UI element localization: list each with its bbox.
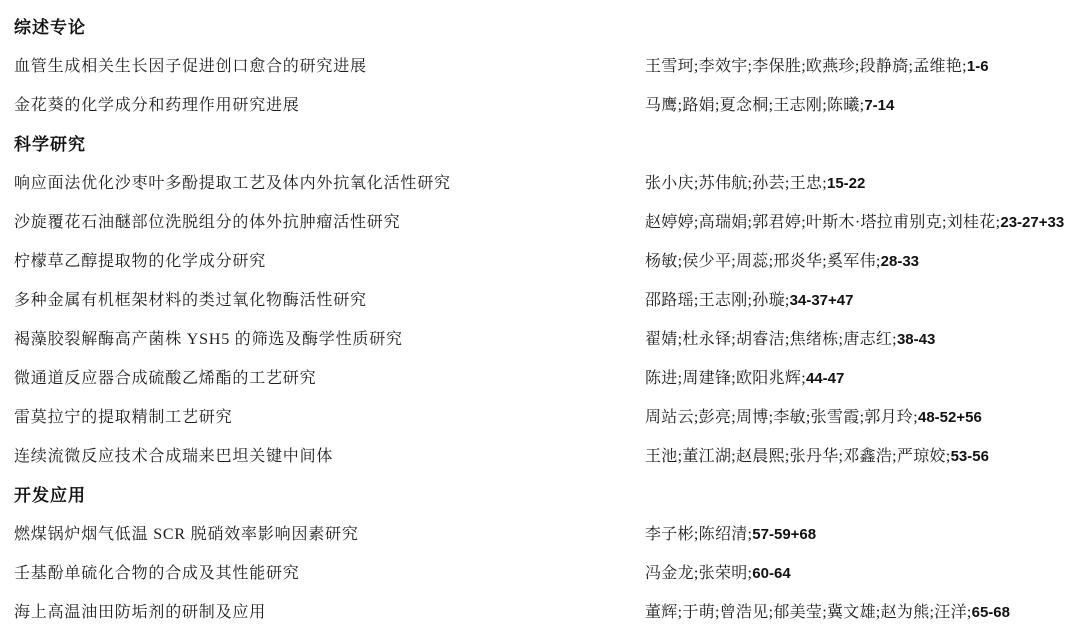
article-meta: 马鹰;路娟;夏念桐;王志刚;陈曦;7-14 xyxy=(645,92,1080,115)
article-authors: 王池;董江湖;赵晨熙;张丹华;邓鑫浩;严琼姣; xyxy=(645,448,951,465)
article-authors: 王雪珂;李效宇;李保胜;欧燕珍;段静旖;孟维艳; xyxy=(645,58,967,75)
toc-row: 壬基酚单硫化合物的合成及其性能研究 冯金龙;张荣明;60-64 xyxy=(0,552,1080,591)
article-authors: 杨敏;侯少平;周蕊;邢炎华;奚军伟; xyxy=(645,253,881,270)
article-title: 连续流微反应技术合成瑞来巴坦关键中间体 xyxy=(14,443,645,466)
toc-row: 微通道反应器合成硫酸乙烯酯的工艺研究 陈进;周建锋;欧阳兆辉;44-47 xyxy=(0,357,1080,396)
article-pages: 23-27+33 xyxy=(1000,214,1064,231)
article-pages: 44-47 xyxy=(806,370,844,387)
article-pages: 65-68 xyxy=(972,604,1010,621)
article-title: 血管生成相关生长因子促进创口愈合的研究进展 xyxy=(14,53,645,76)
article-meta: 董辉;于萌;曾浩见;郁美莹;冀文雄;赵为熊;汪洋;65-68 xyxy=(645,599,1080,622)
article-title: 壬基酚单硫化合物的合成及其性能研究 xyxy=(14,560,645,583)
journal-toc-page: 综述专论 血管生成相关生长因子促进创口愈合的研究进展 王雪珂;李效宇;李保胜;欧… xyxy=(0,0,1080,635)
article-title: 响应面法优化沙枣叶多酚提取工艺及体内外抗氧化活性研究 xyxy=(14,170,645,193)
toc-row: 金花葵的化学成分和药理作用研究进展 马鹰;路娟;夏念桐;王志刚;陈曦;7-14 xyxy=(0,84,1080,123)
article-title: 微通道反应器合成硫酸乙烯酯的工艺研究 xyxy=(14,365,645,388)
toc-row: 柠檬草乙醇提取物的化学成分研究 杨敏;侯少平;周蕊;邢炎华;奚军伟;28-33 xyxy=(0,240,1080,279)
toc-row: 燃煤锅炉烟气低温 SCR 脱硝效率影响因素研究 李子彬;陈绍清;57-59+68 xyxy=(0,513,1080,552)
article-meta: 冯金龙;张荣明;60-64 xyxy=(645,560,1080,583)
article-authors: 董辉;于萌;曾浩见;郁美莹;冀文雄;赵为熊;汪洋; xyxy=(645,604,972,621)
toc-row: 沙旋覆花石油醚部位洗脱组分的体外抗肿瘤活性研究 赵婷婷;高瑞娟;郭君婷;叶斯木·… xyxy=(0,201,1080,240)
article-pages: 60-64 xyxy=(752,565,790,582)
section-header: 科学研究 xyxy=(14,130,86,155)
article-authors: 马鹰;路娟;夏念桐;王志刚;陈曦; xyxy=(645,97,864,114)
article-meta: 王池;董江湖;赵晨熙;张丹华;邓鑫浩;严琼姣;53-56 xyxy=(645,443,1080,466)
article-authors: 邵路瑶;王志刚;孙璇; xyxy=(645,292,790,309)
article-meta: 陈进;周建锋;欧阳兆辉;44-47 xyxy=(645,365,1080,388)
article-title: 褐藻胶裂解酶高产菌株 YSH5 的筛选及酶学性质研究 xyxy=(14,326,645,349)
article-meta: 张小庆;苏伟航;孙芸;王忠;15-22 xyxy=(645,170,1080,193)
article-authors: 赵婷婷;高瑞娟;郭君婷;叶斯木·塔拉甫别克;刘桂花; xyxy=(645,214,1000,231)
toc-row: 响应面法优化沙枣叶多酚提取工艺及体内外抗氧化活性研究 张小庆;苏伟航;孙芸;王忠… xyxy=(0,162,1080,201)
article-pages: 38-43 xyxy=(897,331,935,348)
article-title: 柠檬草乙醇提取物的化学成分研究 xyxy=(14,248,645,271)
section-header-row: 综述专论 xyxy=(0,6,1080,45)
article-meta: 邵路瑶;王志刚;孙璇;34-37+47 xyxy=(645,287,1080,310)
article-meta: 周站云;彭亮;周博;李敏;张雪霞;郭月玲;48-52+56 xyxy=(645,404,1080,427)
article-title: 雷莫拉宁的提取精制工艺研究 xyxy=(14,404,645,427)
toc-row: 褐藻胶裂解酶高产菌株 YSH5 的筛选及酶学性质研究 翟婧;杜永铎;胡睿洁;焦绪… xyxy=(0,318,1080,357)
section-header: 开发应用 xyxy=(14,481,86,506)
article-meta: 杨敏;侯少平;周蕊;邢炎华;奚军伟;28-33 xyxy=(645,248,1080,271)
article-authors: 周站云;彭亮;周博;李敏;张雪霞;郭月玲; xyxy=(645,409,918,426)
article-pages: 1-6 xyxy=(967,58,989,75)
article-title: 多种金属有机框架材料的类过氧化物酶活性研究 xyxy=(14,287,645,310)
article-title: 海上高温油田防垢剂的研制及应用 xyxy=(14,599,645,622)
article-pages: 34-37+47 xyxy=(790,292,854,309)
toc-row: 连续流微反应技术合成瑞来巴坦关键中间体 王池;董江湖;赵晨熙;张丹华;邓鑫浩;严… xyxy=(0,435,1080,474)
article-authors: 陈进;周建锋;欧阳兆辉; xyxy=(645,370,806,387)
article-title: 燃煤锅炉烟气低温 SCR 脱硝效率影响因素研究 xyxy=(14,521,645,544)
article-pages: 15-22 xyxy=(827,175,865,192)
article-meta: 翟婧;杜永铎;胡睿洁;焦绪栋;唐志红;38-43 xyxy=(645,326,1080,349)
article-pages: 7-14 xyxy=(864,97,894,114)
article-authors: 李子彬;陈绍清; xyxy=(645,526,752,543)
article-authors: 张小庆;苏伟航;孙芸;王忠; xyxy=(645,175,827,192)
article-pages: 57-59+68 xyxy=(752,526,816,543)
section-header: 综述专论 xyxy=(14,13,86,38)
article-title: 沙旋覆花石油醚部位洗脱组分的体外抗肿瘤活性研究 xyxy=(14,209,645,232)
toc-row: 多种金属有机框架材料的类过氧化物酶活性研究 邵路瑶;王志刚;孙璇;34-37+4… xyxy=(0,279,1080,318)
article-authors: 翟婧;杜永铎;胡睿洁;焦绪栋;唐志红; xyxy=(645,331,897,348)
section-header-row: 科学研究 xyxy=(0,123,1080,162)
article-meta: 赵婷婷;高瑞娟;郭君婷;叶斯木·塔拉甫别克;刘桂花;23-27+33 xyxy=(645,209,1080,232)
article-title: 金花葵的化学成分和药理作用研究进展 xyxy=(14,92,645,115)
article-meta: 李子彬;陈绍清;57-59+68 xyxy=(645,521,1080,544)
toc-row: 海上高温油田防垢剂的研制及应用 董辉;于萌;曾浩见;郁美莹;冀文雄;赵为熊;汪洋… xyxy=(0,591,1080,630)
section-header-row: 开发应用 xyxy=(0,474,1080,513)
article-pages: 53-56 xyxy=(951,448,989,465)
article-pages: 28-33 xyxy=(881,253,919,270)
toc-row: 血管生成相关生长因子促进创口愈合的研究进展 王雪珂;李效宇;李保胜;欧燕珍;段静… xyxy=(0,45,1080,84)
article-meta: 王雪珂;李效宇;李保胜;欧燕珍;段静旖;孟维艳;1-6 xyxy=(645,53,1080,76)
toc-row: 雷莫拉宁的提取精制工艺研究 周站云;彭亮;周博;李敏;张雪霞;郭月玲;48-52… xyxy=(0,396,1080,435)
article-pages: 48-52+56 xyxy=(918,409,982,426)
article-authors: 冯金龙;张荣明; xyxy=(645,565,752,582)
